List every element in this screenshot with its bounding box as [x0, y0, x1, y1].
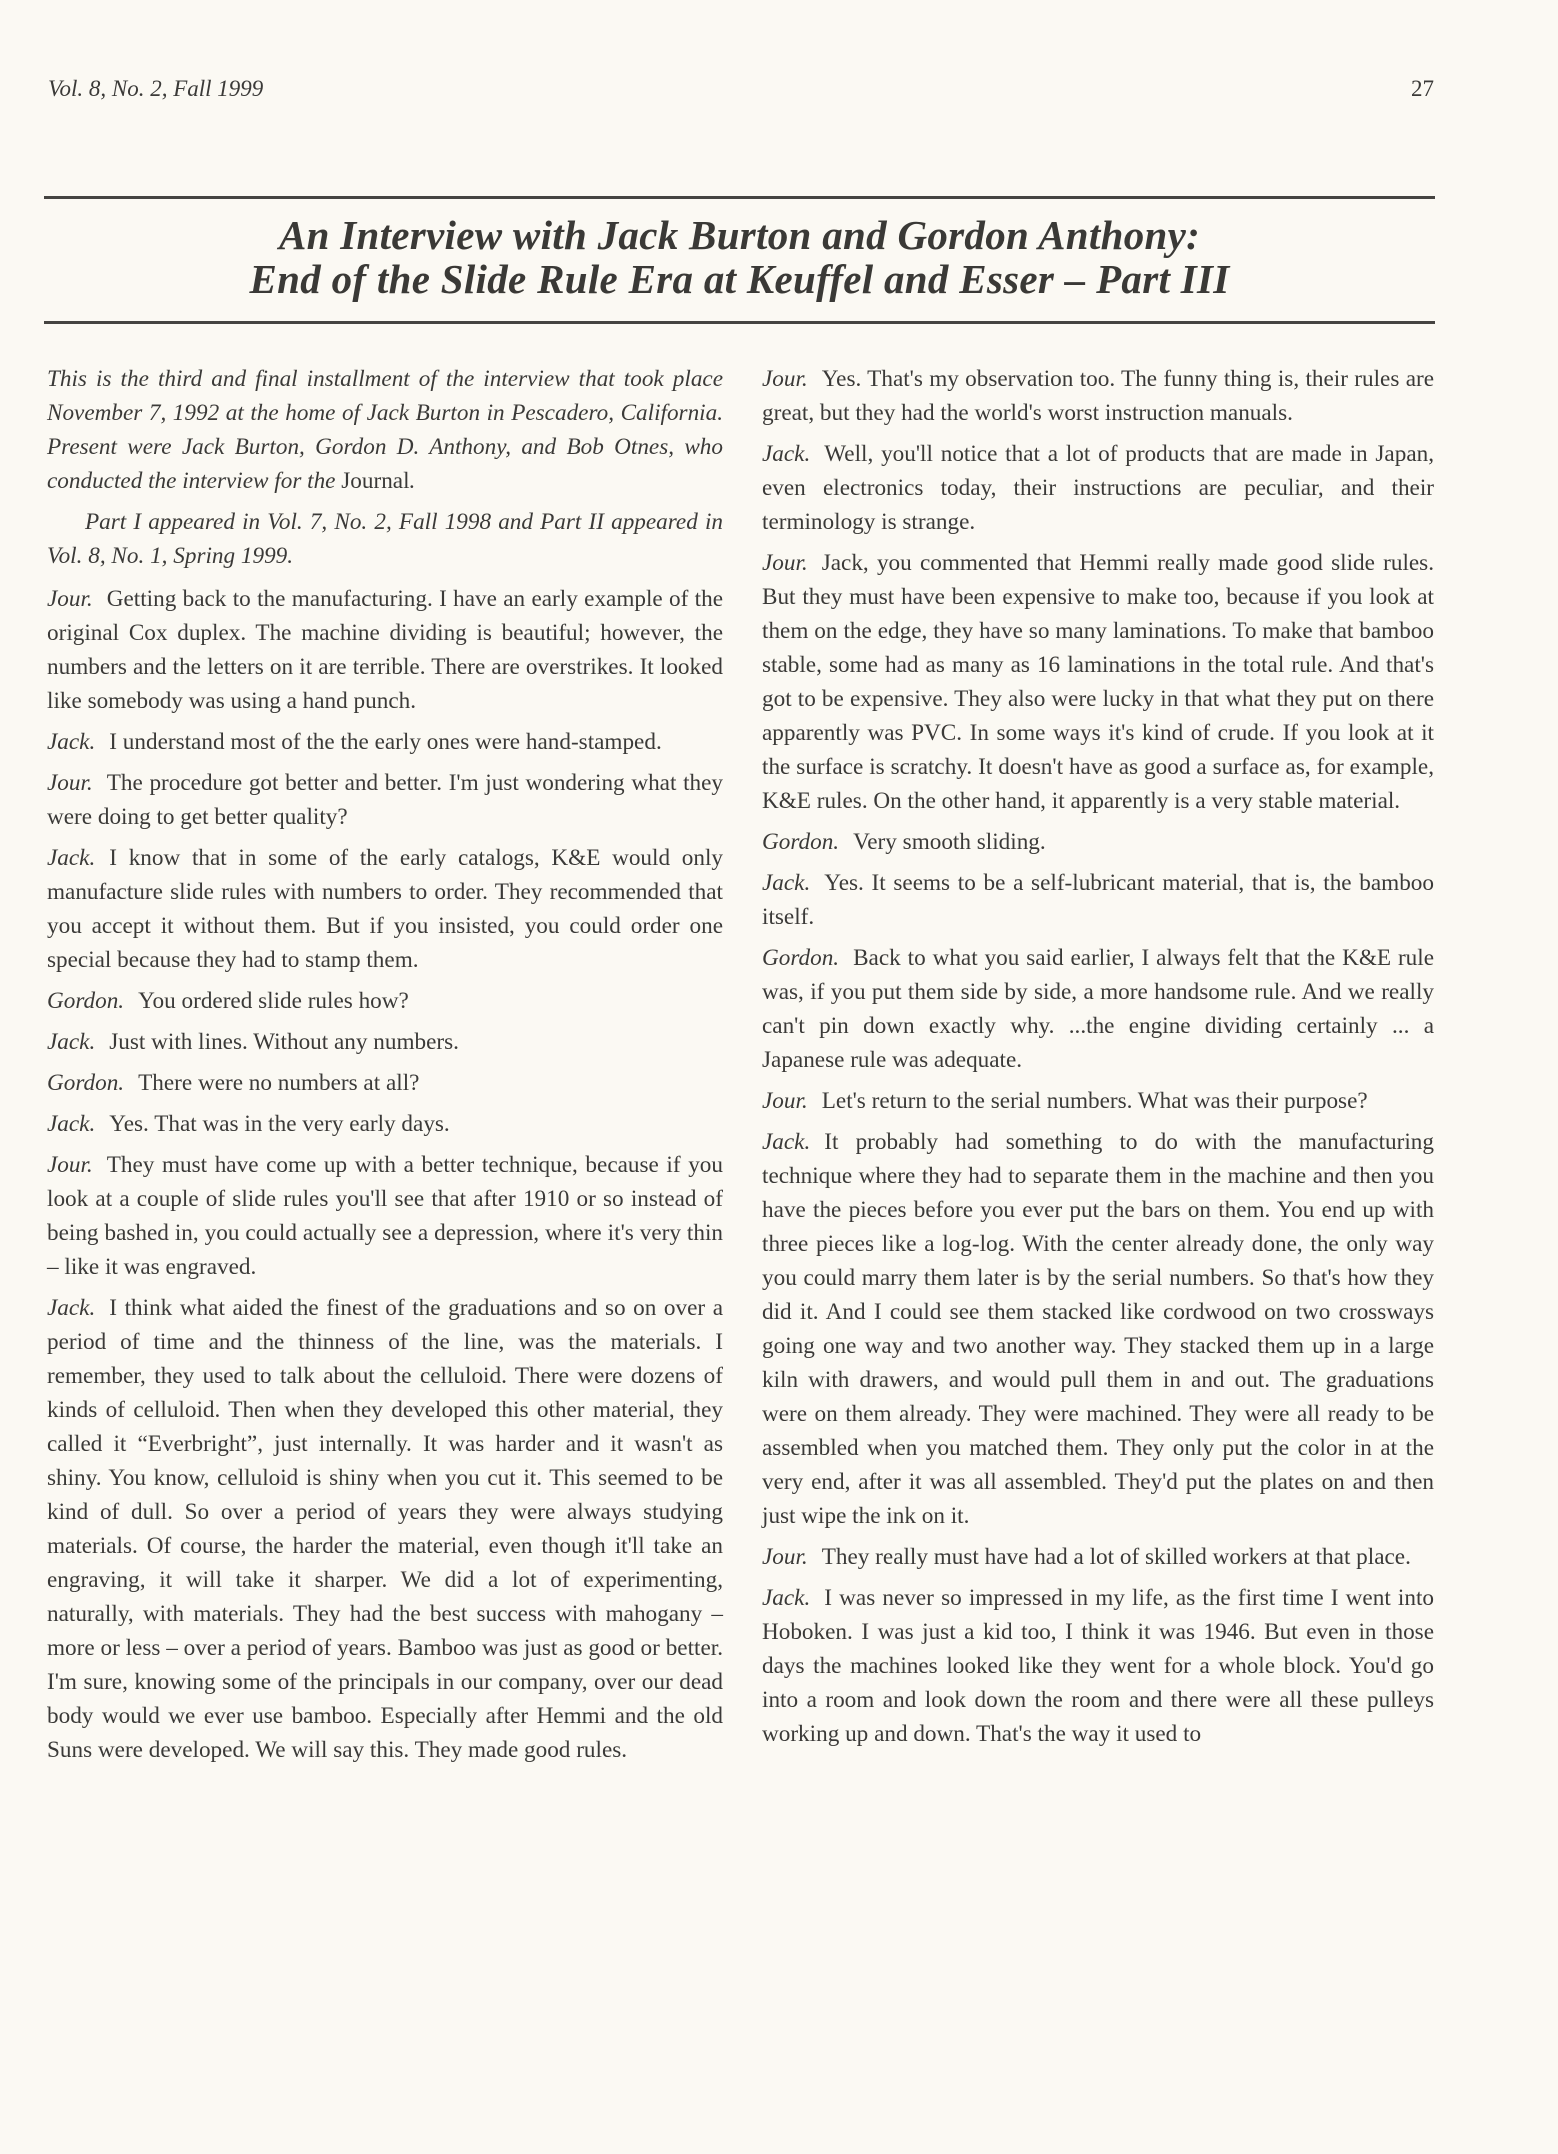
dialogue-paragraph: Jack.It probably had something to do wit… [762, 1125, 1434, 1533]
title-line-1: An Interview with Jack Burton and Gordon… [44, 213, 1435, 257]
dialogue-paragraph: Jack.I think what aided the finest of th… [47, 1291, 723, 1767]
article-title: An Interview with Jack Burton and Gordon… [44, 213, 1435, 301]
dialogue-text: I understand most of the the early ones … [109, 729, 661, 755]
speaker-label: Gordon. [47, 1070, 124, 1096]
speaker-label: Jour. [762, 1088, 808, 1114]
speaker-label: Jack. [47, 729, 95, 755]
speaker-label: Jack. [762, 1129, 810, 1155]
title-top-rule [44, 196, 1435, 199]
dialogue-text: Yes. That was in the very early days. [109, 1111, 449, 1137]
intro-note: This is the third and final installment … [47, 362, 723, 573]
dialogue-text: Yes. It seems to be a self-lubricant mat… [762, 870, 1434, 930]
dialogue-text: Yes. That's my observation too. The funn… [762, 366, 1434, 426]
dialogue-paragraph: Jour.They really must have had a lot of … [762, 1540, 1434, 1574]
journal-word: Journal [341, 468, 409, 494]
dialogue-text: It probably had something to do with the… [762, 1129, 1434, 1529]
right-column: Jour.Yes. That's my observation too. The… [762, 362, 1434, 1758]
dialogue-text: Well, you'll notice that a lot of produc… [762, 441, 1434, 535]
dialogue-paragraph: Jack.Yes. That was in the very early day… [47, 1107, 723, 1141]
intro-paragraph: This is the third and final installment … [47, 362, 723, 498]
dialogue-paragraph: Jack.I was never so impressed in my life… [762, 1581, 1434, 1751]
speaker-label: Gordon. [762, 829, 839, 855]
dialogue-text: Back to what you said earlier, I always … [762, 945, 1434, 1073]
speaker-label: Jack. [762, 870, 810, 896]
dialogue-paragraph: Gordon.Back to what you said earlier, I … [762, 941, 1434, 1077]
speaker-label: Jack. [47, 1295, 95, 1321]
dialogue-paragraph: Jour.They must have come up with a bette… [47, 1148, 723, 1284]
dialogue-text: They really must have had a lot of skill… [822, 1544, 1411, 1570]
dialogue-text: There were no numbers at all? [138, 1070, 419, 1096]
dialogue-paragraph: Gordon.There were no numbers at all? [47, 1066, 723, 1100]
intro-text-end: . [410, 468, 416, 494]
title-bottom-rule [44, 321, 1435, 324]
speaker-label: Jour. [762, 1544, 808, 1570]
dialogue-text: Getting back to the manufacturing. I hav… [47, 586, 723, 714]
speaker-label: Jack. [762, 1585, 810, 1611]
dialogue-text: Just with lines. Without any numbers. [109, 1029, 459, 1055]
speaker-label: Gordon. [762, 945, 839, 971]
dialogue-paragraph: Jack.Just with lines. Without any number… [47, 1025, 723, 1059]
dialogue-paragraph: Jack.Well, you'll notice that a lot of p… [762, 437, 1434, 539]
speaker-label: Jack. [47, 845, 95, 871]
left-column: This is the third and final installment … [47, 362, 723, 1774]
title-line-2: End of the Slide Rule Era at Keuffel and… [44, 257, 1435, 301]
right-dialogue: Jour.Yes. That's my observation too. The… [762, 362, 1434, 1751]
dialogue-paragraph: Jack.Yes. It seems to be a self-lubrican… [762, 866, 1434, 934]
dialogue-text: Jack, you commented that Hemmi really ma… [762, 550, 1434, 814]
dialogue-paragraph: Jour.Jack, you commented that Hemmi real… [762, 546, 1434, 818]
speaker-label: Jour. [762, 366, 808, 392]
dialogue-paragraph: Jour.Getting back to the manufacturing. … [47, 582, 723, 718]
dialogue-paragraph: Jour.Yes. That's my observation too. The… [762, 362, 1434, 430]
intro-parts-note: Part I appeared in Vol. 7, No. 2, Fall 1… [47, 505, 723, 573]
speaker-label: Gordon. [47, 988, 124, 1014]
speaker-label: Jour. [47, 1152, 93, 1178]
dialogue-text: They must have come up with a better tec… [47, 1152, 723, 1280]
speaker-label: Jour. [47, 770, 93, 796]
speaker-label: Jack. [762, 441, 810, 467]
dialogue-paragraph: Gordon.Very smooth sliding. [762, 825, 1434, 859]
dialogue-paragraph: Jour.Let's return to the serial numbers.… [762, 1084, 1434, 1118]
page-number: 27 [1411, 76, 1434, 102]
dialogue-paragraph: Jack.I know that in some of the early ca… [47, 841, 723, 977]
dialogue-paragraph: Jack.I understand most of the the early … [47, 725, 723, 759]
speaker-label: Jack. [47, 1111, 95, 1137]
dialogue-text: You ordered slide rules how? [138, 988, 409, 1014]
dialogue-text: I think what aided the finest of the gra… [47, 1295, 723, 1763]
dialogue-text: I know that in some of the early catalog… [47, 845, 723, 973]
dialogue-text: Very smooth sliding. [853, 829, 1046, 855]
issue-label: Vol. 8, No. 2, Fall 1999 [48, 76, 263, 102]
dialogue-text: The procedure got better and better. I'm… [47, 770, 723, 830]
speaker-label: Jour. [47, 586, 93, 612]
dialogue-text: Let's return to the serial numbers. What… [822, 1088, 1368, 1114]
running-head: Vol. 8, No. 2, Fall 1999 27 [48, 76, 1434, 102]
speaker-label: Jour. [762, 550, 808, 576]
left-dialogue: Jour.Getting back to the manufacturing. … [47, 582, 723, 1767]
dialogue-paragraph: Jour.The procedure got better and better… [47, 766, 723, 834]
dialogue-paragraph: Gordon.You ordered slide rules how? [47, 984, 723, 1018]
speaker-label: Jack. [47, 1029, 95, 1055]
dialogue-text: I was never so impressed in my life, as … [762, 1585, 1434, 1747]
